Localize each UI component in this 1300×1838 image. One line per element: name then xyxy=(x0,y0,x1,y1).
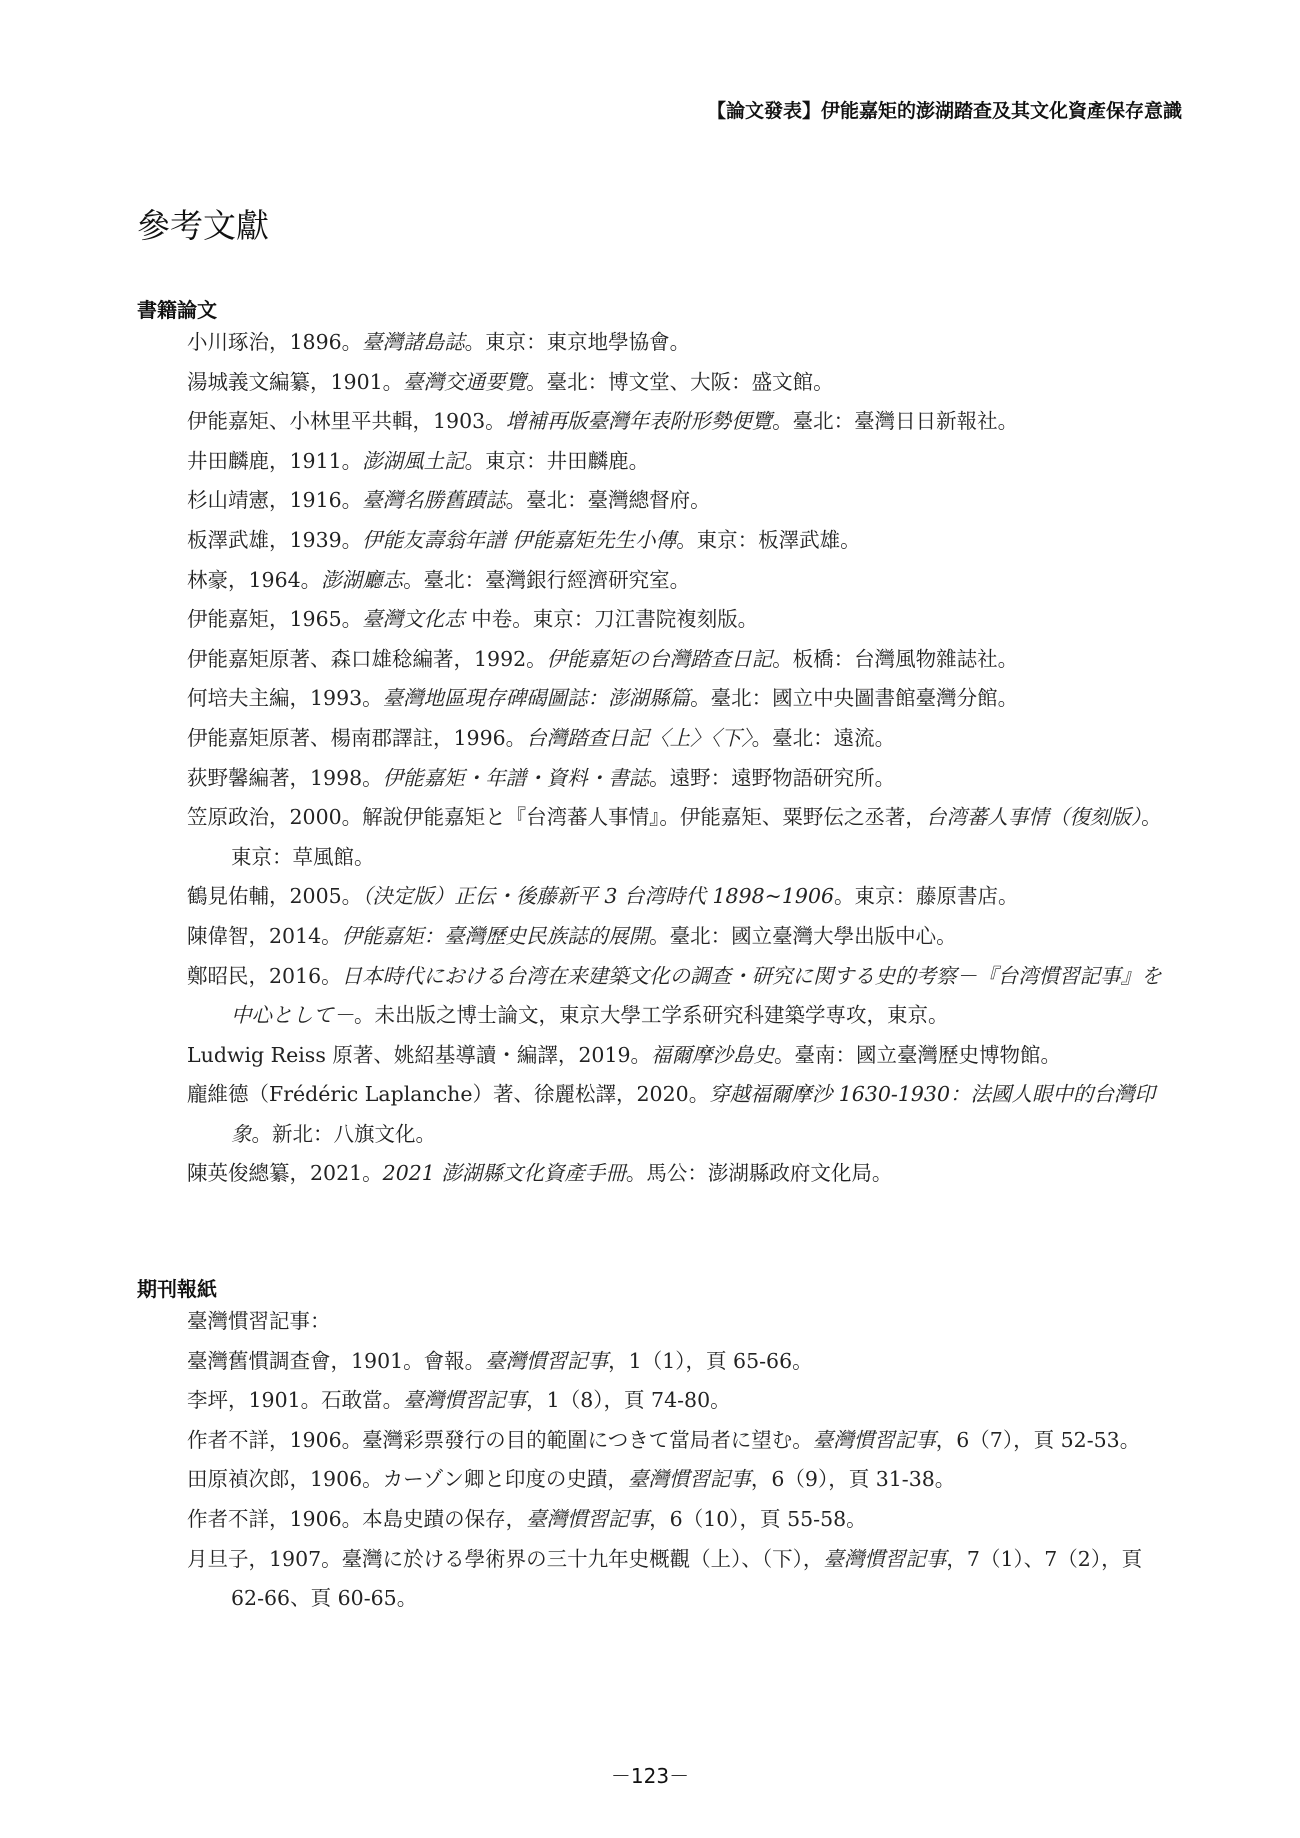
reference-author-year: 荻野馨編著，1998。 xyxy=(187,766,383,790)
reference-title: 臺灣地區現存碑碣圖誌：澎湖縣篇 xyxy=(383,686,691,710)
reference-author-year: 伊能嘉矩，1965。 xyxy=(187,607,362,631)
reference-publisher: 。臺北：遠流。 xyxy=(752,726,896,750)
reference-author-year: 何培夫主編，1993。 xyxy=(187,686,383,710)
reference-entry: 作者不詳，1906。臺灣彩票發行の目的範圍につきて當局者に望む。臺灣慣習記事，6… xyxy=(187,1421,1162,1461)
reference-author-year: 小川琢治，1896。 xyxy=(187,330,362,354)
reference-entry: 笠原政治，2000。解說伊能嘉矩と『台湾蕃人事情』。伊能嘉矩、粟野伝之丞著，台湾… xyxy=(187,798,1162,877)
section-heading-journals: 期刊報紙 xyxy=(137,1273,217,1302)
reference-author-year: 鶴見佑輔，2005。 xyxy=(187,884,362,908)
reference-entry: 鶴見佑輔，2005。（決定版）正伝・後藤新平 3 台湾時代 1898~1906。… xyxy=(187,877,1162,917)
reference-author-year: 田原禎次郎，1906。カーゾン卿と印度の史蹟， xyxy=(187,1467,628,1491)
reference-author-year: 臺灣慣習記事： xyxy=(187,1309,331,1333)
reference-entry: 陳英俊總纂，2021。2021 澎湖縣文化資產手冊。馬公：澎湖縣政府文化局。 xyxy=(187,1154,1162,1194)
reference-entry: 湯城義文編纂，1901。臺灣交通要覽。臺北：博文堂、大阪：盛文館。 xyxy=(187,363,1162,403)
reference-entry: 杉山靖憲，1916。臺灣名勝舊蹟誌。臺北：臺灣總督府。 xyxy=(187,481,1162,521)
reference-entry: 伊能嘉矩原著、楊南郡譯註，1996。台灣踏查日記〈上〉〈下〉。臺北：遠流。 xyxy=(187,719,1162,759)
reference-publisher: ，1（8），頁 74-80。 xyxy=(526,1388,730,1412)
reference-author-year: 笠原政治，2000。解說伊能嘉矩と『台湾蕃人事情』。伊能嘉矩、粟野伝之丞著， xyxy=(187,805,926,829)
page-number: －123－ xyxy=(0,1760,1300,1789)
reference-title: 伊能友壽翁年譜 伊能嘉矩先生小傳 xyxy=(362,528,676,552)
reference-author-year: 伊能嘉矩、小林里平共輯，1903。 xyxy=(187,409,506,433)
reference-list-journals: 臺灣慣習記事：臺灣舊慣調查會，1901。會報。臺灣慣習記事，1（1），頁 65-… xyxy=(187,1302,1162,1619)
reference-title: 伊能嘉矩・年譜・資料・書誌 xyxy=(383,766,650,790)
reference-title: 伊能嘉矩：臺灣歷史民族誌的展開 xyxy=(342,924,650,948)
reference-publisher: 。東京：東京地學協會。 xyxy=(465,330,691,354)
reference-author-year: Ludwig Reiss 原著、姚紹基導讀・編譯，2019。 xyxy=(187,1043,651,1067)
reference-publisher: ，6（9），頁 31-38。 xyxy=(751,1467,955,1491)
reference-publisher: 。臺南：國立臺灣歷史博物館。 xyxy=(774,1043,1061,1067)
reference-entry: 林豪，1964。澎湖廳志。臺北：臺灣銀行經濟研究室。 xyxy=(187,561,1162,601)
reference-publisher: 。臺北：臺灣銀行經濟研究室。 xyxy=(403,568,690,592)
reference-title: 福爾摩沙島史 xyxy=(651,1043,774,1067)
page-title: 參考文獻 xyxy=(137,200,269,247)
reference-author-year: 鄭昭民，2016。 xyxy=(187,964,342,988)
reference-author-year: 龐維德（Frédéric Laplanche）著、徐麗松譯，2020。 xyxy=(187,1082,709,1106)
reference-title: 臺灣慣習記事 xyxy=(526,1507,649,1531)
reference-entry: 臺灣舊慣調查會，1901。會報。臺灣慣習記事，1（1），頁 65-66。 xyxy=(187,1342,1162,1382)
reference-entry: 田原禎次郎，1906。カーゾン卿と印度の史蹟，臺灣慣習記事，6（9），頁 31-… xyxy=(187,1460,1162,1500)
reference-entry: 臺灣慣習記事： xyxy=(187,1302,1162,1342)
reference-title: 臺灣文化志 xyxy=(362,607,465,631)
reference-author-year: 臺灣舊慣調查會，1901。會報。 xyxy=(187,1349,485,1373)
section-heading-books: 書籍論文 xyxy=(137,294,217,323)
reference-author-year: 板澤武雄，1939。 xyxy=(187,528,362,552)
reference-publisher: ，6（7），頁 52-53。 xyxy=(936,1428,1140,1452)
reference-title: 台灣踏查日記〈上〉〈下〉 xyxy=(526,726,752,750)
reference-title: 2021 澎湖縣文化資產手冊 xyxy=(383,1161,626,1185)
reference-publisher: 。馬公：澎湖縣政府文化局。 xyxy=(626,1161,893,1185)
reference-publisher: 。東京：板澤武雄。 xyxy=(676,528,861,552)
reference-author-year: 作者不詳，1906。臺灣彩票發行の目的範圍につきて當局者に望む。 xyxy=(187,1428,813,1452)
reference-title: （決定版）正伝・後藤新平 3 台湾時代 1898~1906 xyxy=(362,884,834,908)
reference-publisher: ，1（1），頁 65-66。 xyxy=(608,1349,812,1373)
reference-author-year: 陳偉智，2014。 xyxy=(187,924,342,948)
reference-entry: 李坪，1901。石敢當。臺灣慣習記事，1（8），頁 74-80。 xyxy=(187,1381,1162,1421)
reference-publisher: 。東京：井田麟鹿。 xyxy=(465,449,650,473)
reference-title: 臺灣慣習記事 xyxy=(823,1547,946,1571)
reference-entry: 龐維德（Frédéric Laplanche）著、徐麗松譯，2020。穿越福爾摩… xyxy=(187,1075,1162,1154)
reference-entry: 何培夫主編，1993。臺灣地區現存碑碣圖誌：澎湖縣篇。臺北：國立中央圖書館臺灣分… xyxy=(187,679,1162,719)
reference-publisher: 。未出版之博士論文，東京大學工学系研究科建築学専攻，東京。 xyxy=(354,1003,949,1027)
reference-author-year: 湯城義文編纂，1901。 xyxy=(187,370,403,394)
reference-entry: 井田麟鹿，1911。澎湖風土記。東京：井田麟鹿。 xyxy=(187,442,1162,482)
reference-author-year: 作者不詳，1906。本島史蹟の保存， xyxy=(187,1507,526,1531)
reference-entry: 小川琢治，1896。臺灣諸島誌。東京：東京地學協會。 xyxy=(187,323,1162,363)
reference-author-year: 李坪，1901。石敢當。 xyxy=(187,1388,403,1412)
reference-author-year: 伊能嘉矩原著、楊南郡譯註，1996。 xyxy=(187,726,526,750)
reference-publisher: 中卷。東京：刀江書院複刻版。 xyxy=(465,607,759,631)
reference-publisher: 。板橋：台灣風物雜誌社。 xyxy=(772,647,1018,671)
reference-publisher: 。臺北：臺灣日日新報社。 xyxy=(772,409,1018,433)
reference-entry: 月旦子，1907。臺灣に於ける學術界の三十九年史概觀（上）、（下），臺灣慣習記事… xyxy=(187,1540,1162,1619)
reference-entry: 伊能嘉矩原著、森口雄稔編著，1992。伊能嘉矩の台灣踏查日記。板橋：台灣風物雜誌… xyxy=(187,640,1162,680)
reference-author-year: 伊能嘉矩原著、森口雄稔編著，1992。 xyxy=(187,647,547,671)
reference-title: 臺灣慣習記事 xyxy=(403,1388,526,1412)
reference-publisher: 。東京：藤原書店。 xyxy=(834,884,1019,908)
reference-author-year: 陳英俊總纂，2021。 xyxy=(187,1161,383,1185)
reference-publisher: 。臺北：國立中央圖書館臺灣分館。 xyxy=(690,686,1018,710)
reference-entry: 伊能嘉矩、小林里平共輯，1903。增補再版臺灣年表附形勢便覽。臺北：臺灣日日新報… xyxy=(187,402,1162,442)
reference-list-books: 小川琢治，1896。臺灣諸島誌。東京：東京地學協會。湯城義文編纂，1901。臺灣… xyxy=(187,323,1162,1194)
reference-publisher: 。臺北：博文堂、大阪：盛文館。 xyxy=(526,370,834,394)
reference-publisher: 。新北：八旗文化。 xyxy=(252,1122,437,1146)
reference-entry: 荻野馨編著，1998。伊能嘉矩・年譜・資料・書誌。遠野：遠野物語研究所。 xyxy=(187,759,1162,799)
reference-author-year: 井田麟鹿，1911。 xyxy=(187,449,362,473)
reference-title: 臺灣交通要覽 xyxy=(403,370,526,394)
reference-title: 澎湖風土記 xyxy=(362,449,465,473)
running-head: 【論文發表】伊能嘉矩的澎湖踏查及其文化資產保存意識 xyxy=(707,96,1182,123)
reference-author-year: 林豪，1964。 xyxy=(187,568,321,592)
reference-author-year: 月旦子，1907。臺灣に於ける學術界の三十九年史概觀（上）、（下）， xyxy=(187,1547,823,1571)
reference-author-year: 杉山靖憲，1916。 xyxy=(187,488,362,512)
reference-title: 臺灣慣習記事 xyxy=(485,1349,608,1373)
reference-entry: Ludwig Reiss 原著、姚紹基導讀・編譯，2019。福爾摩沙島史。臺南：… xyxy=(187,1036,1162,1076)
reference-publisher: 。遠野：遠野物語研究所。 xyxy=(649,766,895,790)
reference-publisher: ，6（10），頁 55-58。 xyxy=(649,1507,867,1531)
reference-title: 增補再版臺灣年表附形勢便覽 xyxy=(506,409,773,433)
reference-publisher: 。臺北：臺灣總督府。 xyxy=(506,488,711,512)
reference-entry: 陳偉智，2014。伊能嘉矩：臺灣歷史民族誌的展開。臺北：國立臺灣大學出版中心。 xyxy=(187,917,1162,957)
reference-entry: 作者不詳，1906。本島史蹟の保存，臺灣慣習記事，6（10），頁 55-58。 xyxy=(187,1500,1162,1540)
reference-title: 臺灣慣習記事 xyxy=(628,1467,751,1491)
reference-publisher: 。臺北：國立臺灣大學出版中心。 xyxy=(649,924,957,948)
reference-title: 臺灣名勝舊蹟誌 xyxy=(362,488,506,512)
reference-title: 澎湖廳志 xyxy=(321,568,403,592)
reference-title: 伊能嘉矩の台灣踏查日記 xyxy=(547,647,773,671)
reference-entry: 板澤武雄，1939。伊能友壽翁年譜 伊能嘉矩先生小傳。東京：板澤武雄。 xyxy=(187,521,1162,561)
reference-entry: 鄭昭民，2016。日本時代における台湾在来建築文化の調查・研究に関する史的考察－… xyxy=(187,957,1162,1036)
reference-title: 台湾蕃人事情（復刻版） xyxy=(926,805,1141,829)
reference-title: 臺灣慣習記事 xyxy=(813,1428,936,1452)
reference-title: 臺灣諸島誌 xyxy=(362,330,465,354)
reference-entry: 伊能嘉矩，1965。臺灣文化志 中卷。東京：刀江書院複刻版。 xyxy=(187,600,1162,640)
